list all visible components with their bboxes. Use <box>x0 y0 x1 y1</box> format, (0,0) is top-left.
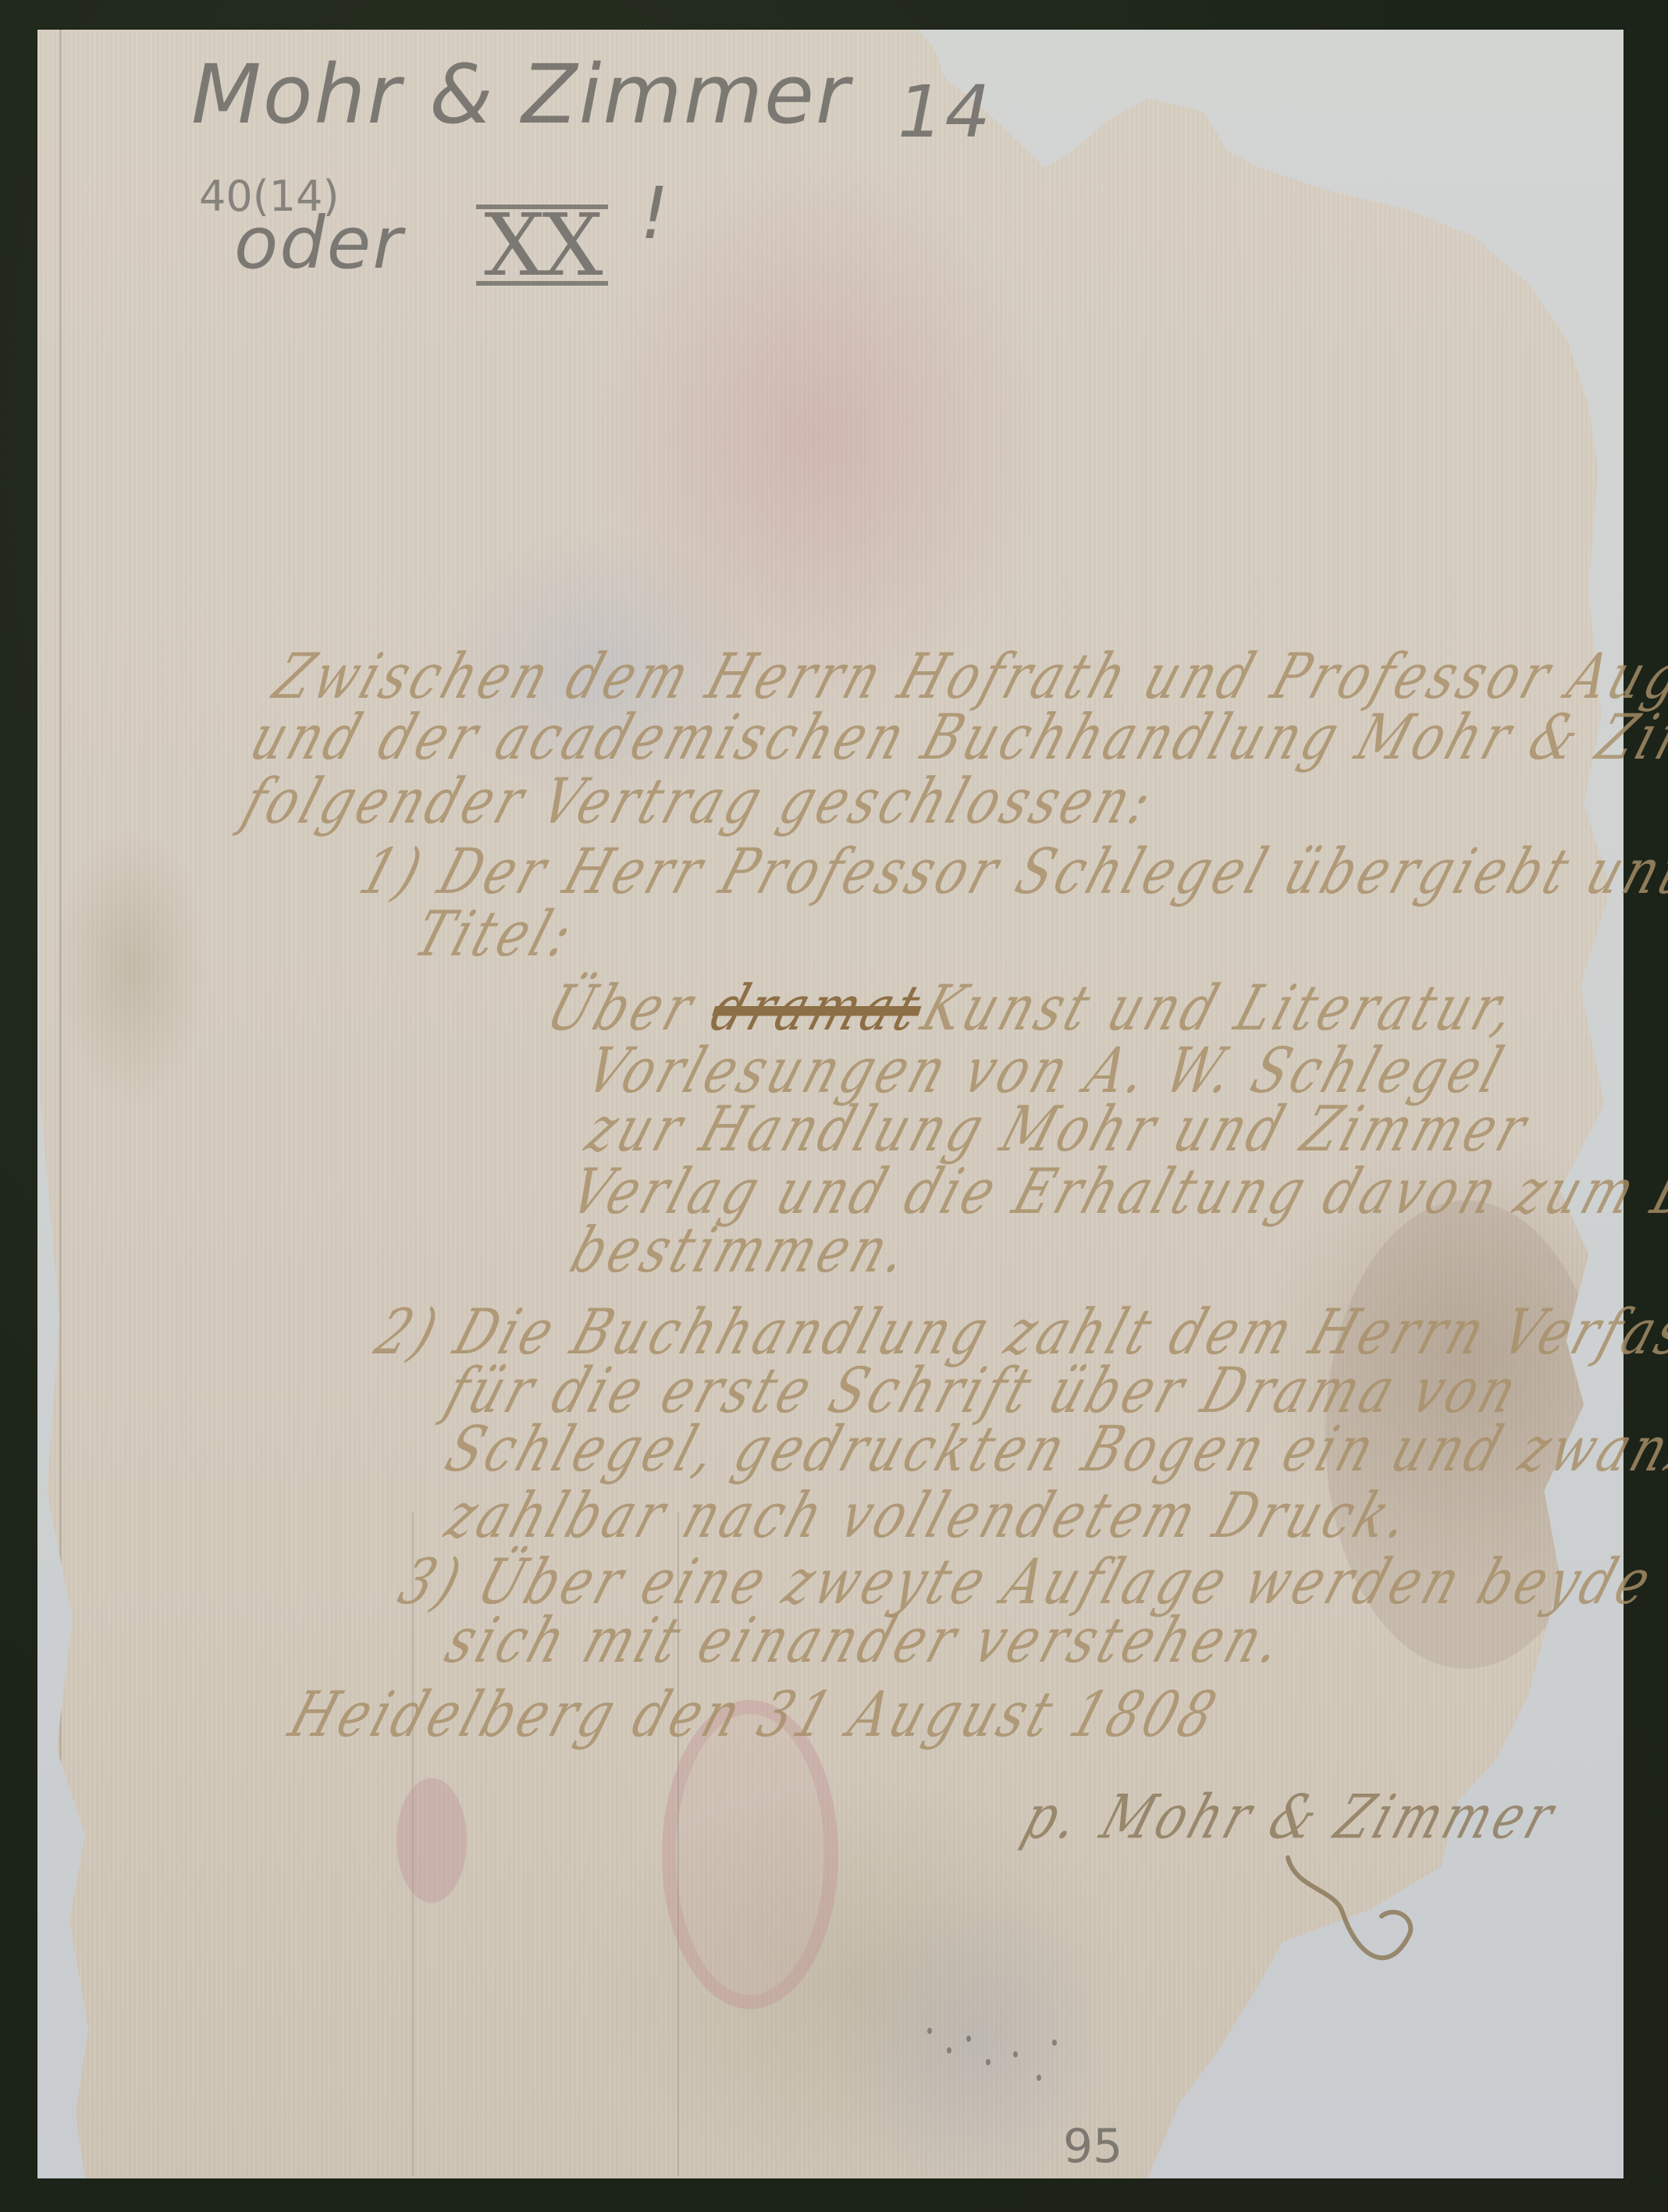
exclamation-annotation: ! <box>640 172 670 255</box>
letter-line: Über <box>539 973 705 1046</box>
stain <box>397 1778 467 1903</box>
letter-line: zur Handlung Mohr und Zimmer <box>578 1094 1538 1167</box>
letter-line: Schlegel, gedruckten Bogen ein und zwanz… <box>437 1414 1668 1487</box>
archive-number-annotation: 14 <box>898 70 992 154</box>
speckle <box>1037 2075 1041 2081</box>
letter-line: zahlbar nach vollendetem Druck. <box>437 1481 1422 1553</box>
codex-numeral-annotation: XX <box>476 204 608 286</box>
letter-line: sich mit einander verstehen. <box>437 1606 1294 1678</box>
speckle <box>966 2036 971 2042</box>
letter-line: Kunst und Literatur, <box>913 973 1528 1046</box>
letter-line: und der academischen Buchhandlung Mohr &… <box>242 702 1668 775</box>
speckle <box>1052 2040 1057 2046</box>
speckle <box>986 2059 990 2065</box>
speckle <box>1013 2051 1018 2057</box>
archive-title-annotation: Mohr & Zimmer <box>191 47 851 142</box>
codex-prefix-annotation: oder <box>234 201 404 285</box>
letter-line: 1) Der Herr Professor Schlegel übergiebt… <box>351 837 1668 909</box>
letter-line: folgender Vertrag geschlossen: <box>234 766 1164 839</box>
page-number: 95 <box>1063 2119 1122 2174</box>
letter-line: Titel: <box>406 899 585 972</box>
signature-flourish <box>1272 1842 1475 1998</box>
speckle <box>927 2028 932 2034</box>
letter-line: bestimmen. <box>562 1215 920 1288</box>
speckle <box>947 2047 951 2054</box>
struck-word: dramat <box>702 973 932 1046</box>
date-line: Heidelberg den 31 August 1808 <box>281 1680 1228 1752</box>
